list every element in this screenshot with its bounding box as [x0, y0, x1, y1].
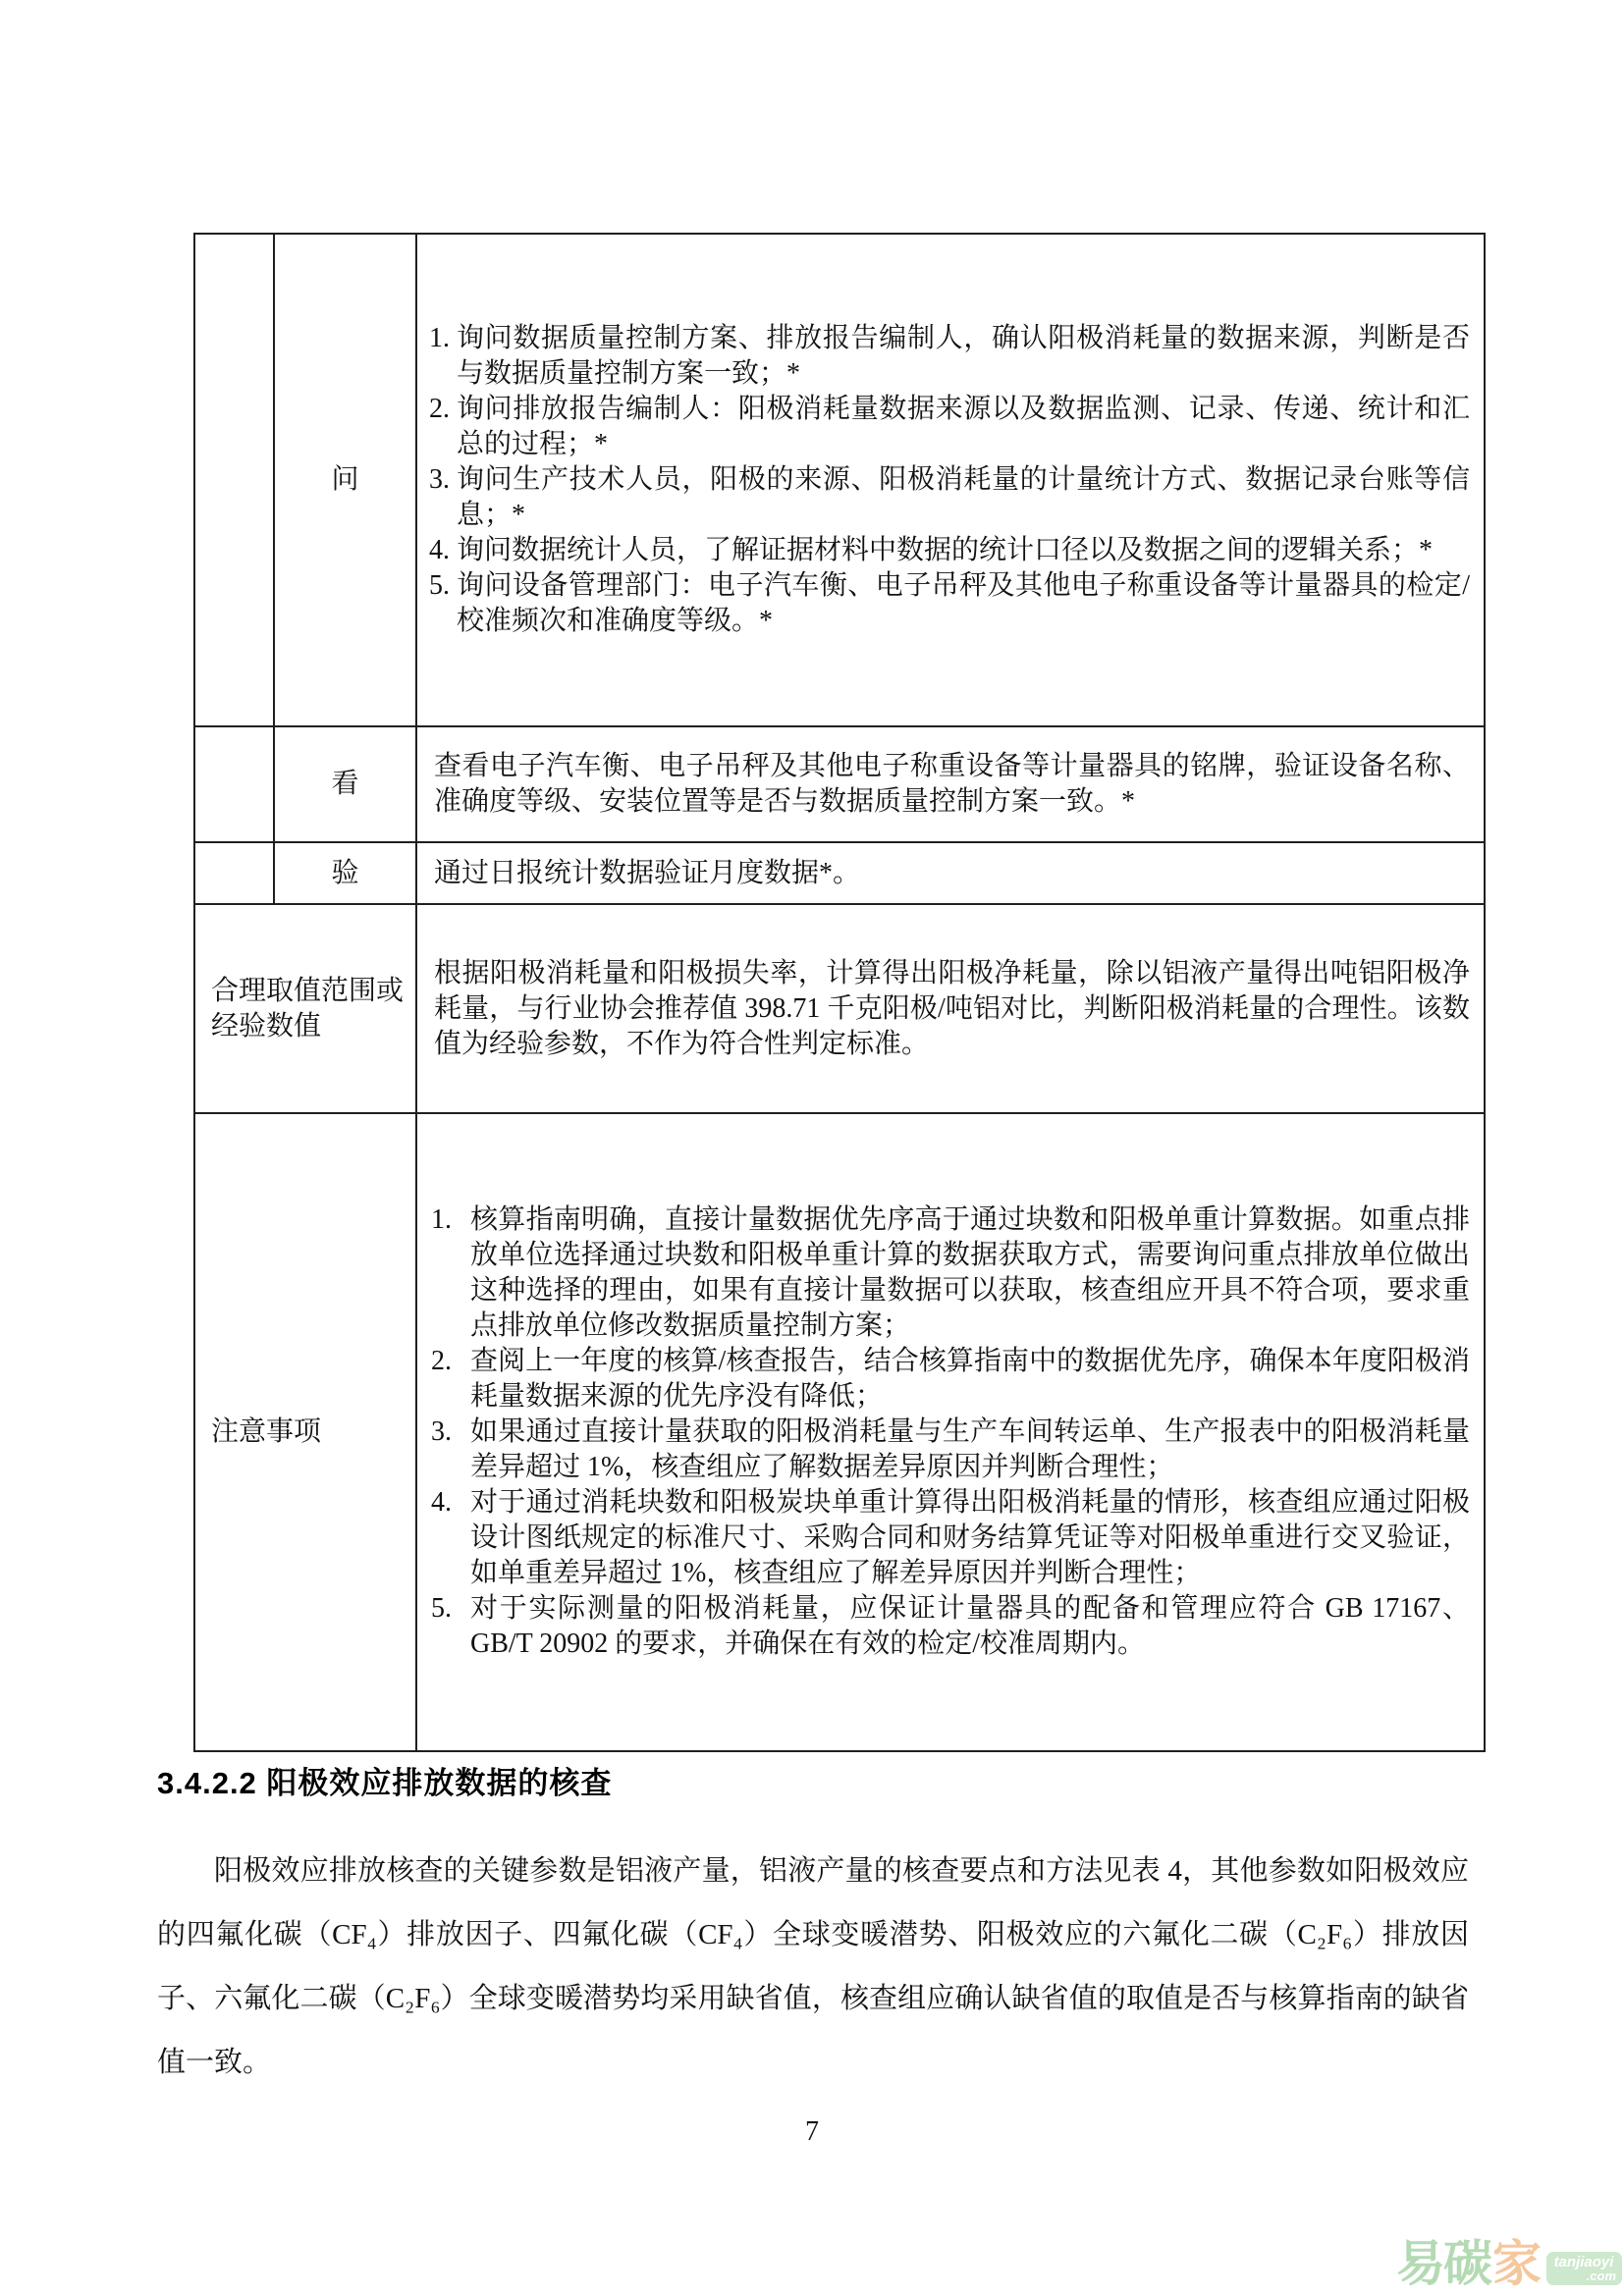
continuation-empty-cell [194, 726, 274, 842]
row-label-look: 看 [274, 726, 416, 842]
row-label-ask: 问 [274, 234, 416, 726]
row-content-ask: 询问数据质量控制方案、排放报告编制人，确认阳极消耗量的数据来源，判断是否与数据质… [416, 234, 1485, 726]
watermark-domain-text: tanjiaoyi [1551, 2255, 1616, 2269]
row-label-notes: 注意事项 [194, 1113, 416, 1751]
verification-table: 问 询问数据质量控制方案、排放报告编制人，确认阳极消耗量的数据来源，判断是否与数… [193, 233, 1486, 1752]
section-heading: 3.4.2.2 阳极效应排放数据的核查 [157, 1763, 1469, 1804]
document-page: 问 询问数据质量控制方案、排放报告编制人，确认阳极消耗量的数据来源，判断是否与数… [0, 0, 1624, 2296]
table-row-look: 看 查看电子汽车衡、电子吊秤及其他电子称重设备等计量器具的铭牌，验证设备名称、准… [194, 726, 1485, 842]
watermark-green-chars: 易碳 [1396, 2239, 1490, 2288]
list-item: 对于实际测量的阳极消耗量，应保证计量器具的配备和管理应符合 GB 17167、G… [417, 1591, 1470, 1662]
list-item: 询问排放报告编制人：阳极消耗量数据来源以及数据监测、记录、传递、统计和汇总的过程… [417, 392, 1470, 462]
watermark-orange-char: 家 [1492, 2239, 1542, 2288]
list-item: 对于通过消耗块数和阳极炭块单重计算得出阳极消耗量的情形，核查组应通过阳极设计图纸… [417, 1485, 1470, 1591]
continuation-empty-cell [194, 842, 274, 904]
list-item: 询问数据统计人员，了解证据材料中数据的统计口径以及数据之间的逻辑关系；* [417, 533, 1470, 568]
watermark-domain-tld: .com [1551, 2269, 1616, 2282]
continuation-empty-cell [194, 234, 274, 726]
section-3-4-2-2: 3.4.2.2 阳极效应排放数据的核查 阳极效应排放核查的关键参数是铝液产量，铝… [157, 1763, 1469, 2095]
row-content-verify: 通过日报统计数据验证月度数据*。 [416, 842, 1485, 904]
table-row-verify: 验 通过日报统计数据验证月度数据*。 [194, 842, 1485, 904]
list-item: 核算指南明确，直接计量数据优先序高于通过块数和阳极单重计算数据。如重点排放单位选… [417, 1202, 1470, 1344]
list-item: 如果通过直接计量获取的阳极消耗量与生产车间转运单、生产报表中的阳极消耗量差异超过… [417, 1415, 1470, 1485]
table-row-range: 合理取值范围或经验数值 根据阳极消耗量和阳极损失率，计算得出阳极净耗量，除以铝液… [194, 904, 1485, 1113]
row-label-verify: 验 [274, 842, 416, 904]
ask-items-list: 询问数据质量控制方案、排放报告编制人，确认阳极消耗量的数据来源，判断是否与数据质… [417, 321, 1470, 639]
notes-items-list: 核算指南明确，直接计量数据优先序高于通过块数和阳极单重计算数据。如重点排放单位选… [417, 1202, 1470, 1662]
row-content-notes: 核算指南明确，直接计量数据优先序高于通过块数和阳极单重计算数据。如重点排放单位选… [416, 1113, 1485, 1751]
watermark-domain-badge: tanjiaoyi .com [1546, 2252, 1622, 2285]
table-row-notes: 注意事项 核算指南明确，直接计量数据优先序高于通过块数和阳极单重计算数据。如重点… [194, 1113, 1485, 1751]
row-label-range: 合理取值范围或经验数值 [194, 904, 416, 1113]
list-item: 查阅上一年度的核算/核查报告，结合核算指南中的数据优先序，确保本年度阳极消耗量数… [417, 1344, 1470, 1415]
row-content-look: 查看电子汽车衡、电子吊秤及其他电子称重设备等计量器具的铭牌，验证设备名称、准确度… [416, 726, 1485, 842]
list-item: 询问设备管理部门：电子汽车衡、电子吊秤及其他电子称重设备等计量器具的检定/校准频… [417, 568, 1470, 639]
list-item: 询问生产技术人员，阳极的来源、阳极消耗量的计量统计方式、数据记录台账等信息；* [417, 462, 1470, 533]
list-item: 询问数据质量控制方案、排放报告编制人，确认阳极消耗量的数据来源，判断是否与数据质… [417, 321, 1470, 392]
page-number: 7 [0, 2116, 1624, 2148]
row-content-range: 根据阳极消耗量和阳极损失率，计算得出阳极净耗量，除以铝液产量得出吨铝阳极净耗量，… [416, 904, 1485, 1113]
watermark-logo: 易碳 家 tanjiaoyi .com [1396, 2239, 1622, 2288]
table-row-ask: 问 询问数据质量控制方案、排放报告编制人，确认阳极消耗量的数据来源，判断是否与数… [194, 234, 1485, 726]
section-paragraph: 阳极效应排放核查的关键参数是铝液产量，铝液产量的核查要点和方法见表 4，其他参数… [157, 1840, 1469, 2095]
